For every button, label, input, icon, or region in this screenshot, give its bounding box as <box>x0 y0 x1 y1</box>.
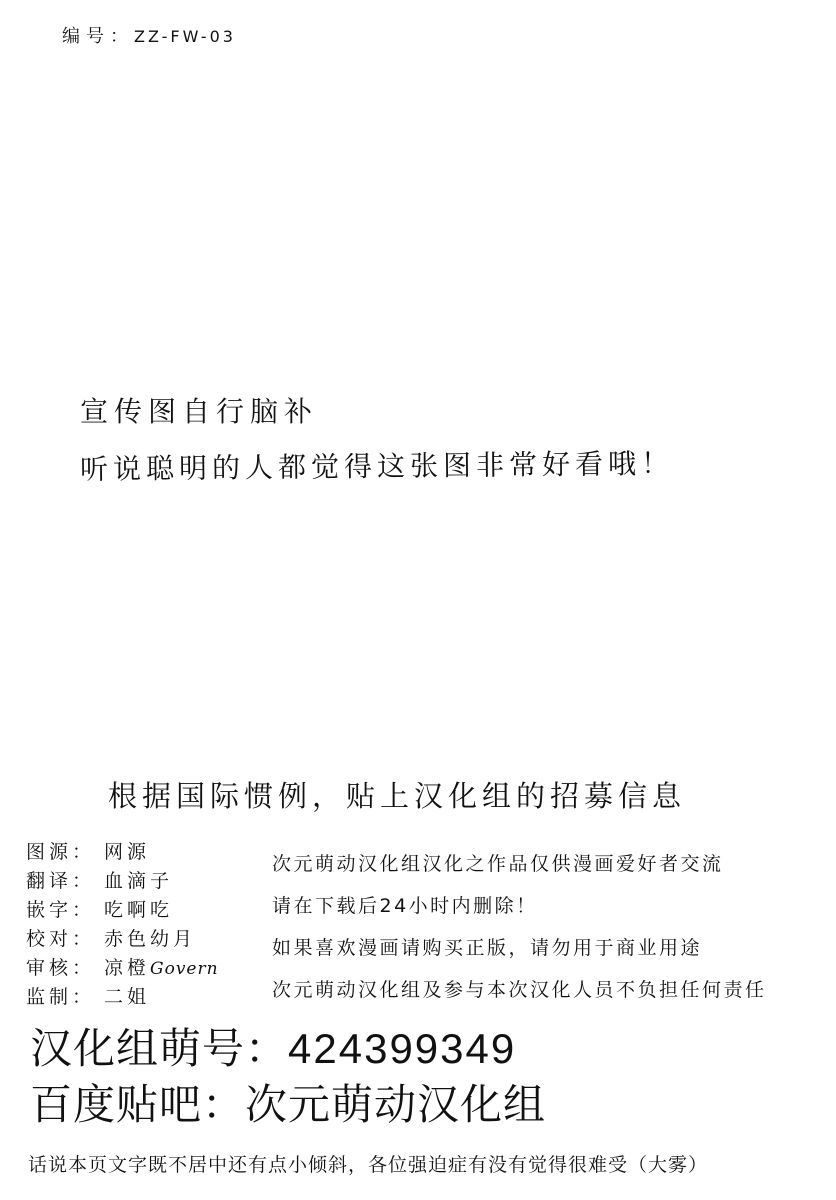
credit-name: 凉橙Govern <box>104 953 219 980</box>
serial-number: 编号：ZZ-FW-03 <box>62 22 236 48</box>
qq-group-label: 汉化组萌号： <box>30 1024 288 1073</box>
tieba-label: 百度贴吧： <box>30 1080 245 1129</box>
credit-name: 吃啊吃 <box>104 895 173 922</box>
qq-group-number: 424399349 <box>288 1025 516 1072</box>
tieba-value: 次元萌动汉化组 <box>245 1080 546 1129</box>
credit-name-cjk: 凉橙 <box>104 957 150 979</box>
credit-role: 翻译： <box>26 866 104 893</box>
tieba-line: 百度贴吧：次元萌动汉化组 <box>30 1072 546 1132</box>
serial-label: 编号： <box>62 26 134 47</box>
notice-line: 请在下载后24小时内删除！ <box>272 891 767 933</box>
credit-row-supervisor: 监制： 二姐 <box>26 981 219 1010</box>
qq-group-line: 汉化组萌号：424399349 <box>30 1016 516 1076</box>
credit-row-typesetting: 嵌字： 吃啊吃 <box>26 894 219 923</box>
notices-list: 次元萌动汉化组汉化之作品仅供漫画爱好者交流 请在下载后24小时内删除！ 如果喜欢… <box>272 849 767 1017</box>
serial-value: ZZ-FW-03 <box>134 27 236 46</box>
credit-role: 审核： <box>26 953 104 980</box>
credit-role: 校对： <box>26 924 104 951</box>
credit-role: 监制： <box>26 982 104 1009</box>
notice-line: 次元萌动汉化组汉化之作品仅供漫画爱好者交流 <box>272 849 767 891</box>
credit-row-translation: 翻译： 血滴子 <box>26 865 219 894</box>
credit-row-source: 图源： 网源 <box>26 836 219 865</box>
credit-row-proofreading: 校对： 赤色幼月 <box>26 923 219 952</box>
recruit-title: 根据国际惯例，贴上汉化组的招募信息 <box>108 774 686 815</box>
notice-line: 次元萌动汉化组及参与本次汉化人员不负担任何责任 <box>272 975 767 1017</box>
credit-role: 图源： <box>26 837 104 864</box>
promo-line-2: 听说聪明的人都觉得这张图非常好看哦！ <box>80 442 674 488</box>
notice-line: 如果喜欢漫画请购买正版，请勿用于商业用途 <box>272 933 767 975</box>
credit-name: 赤色幼月 <box>104 924 196 951</box>
promo-line-1: 宣传图自行脑补 <box>80 390 318 430</box>
footer-note: 话说本页文字既不居中还有点小倾斜，各位强迫症有没有觉得很难受（大雾） <box>28 1150 708 1177</box>
credit-row-review: 审核： 凉橙Govern <box>26 952 219 981</box>
credit-name: 二姐 <box>104 982 150 1009</box>
credits-list: 图源： 网源 翻译： 血滴子 嵌字： 吃啊吃 校对： 赤色幼月 审核： 凉橙Go… <box>26 836 219 1010</box>
credit-role: 嵌字： <box>26 895 104 922</box>
credit-name-latin: Govern <box>150 959 219 979</box>
credit-name: 网源 <box>104 837 150 864</box>
credit-name: 血滴子 <box>104 866 173 893</box>
